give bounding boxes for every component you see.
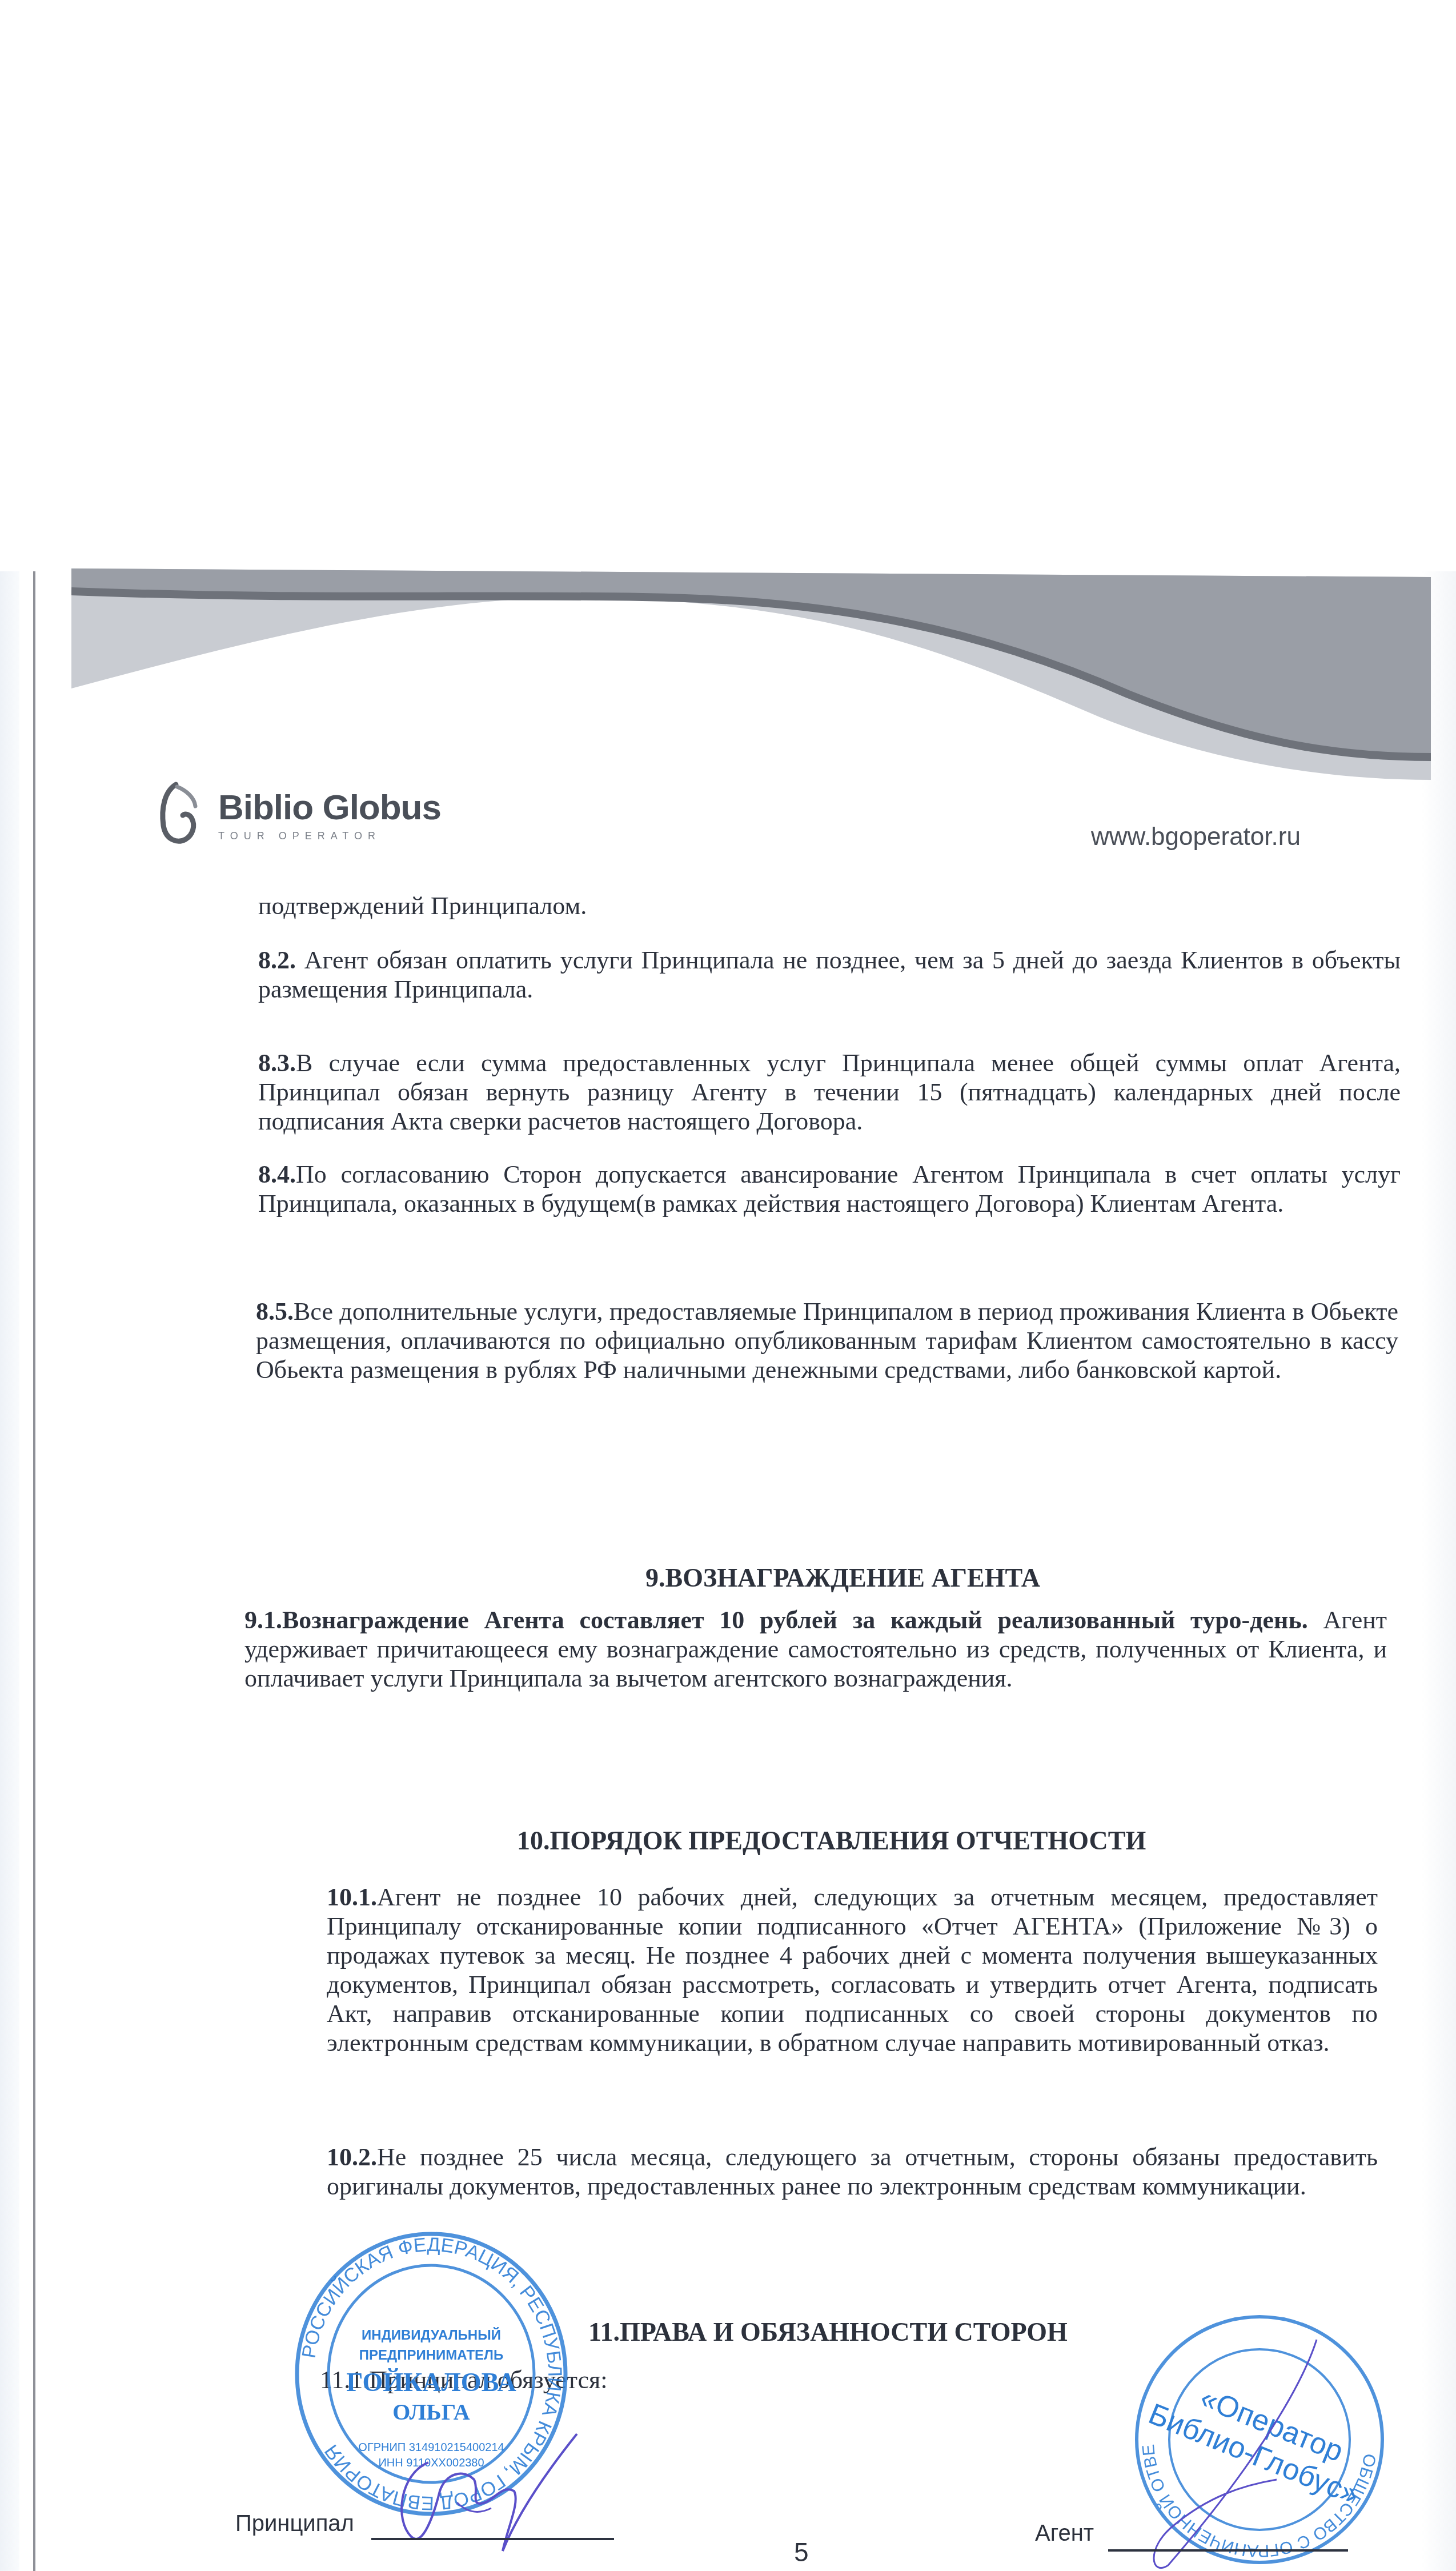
agent-signature-line <box>1108 2549 1348 2552</box>
paragraph-8-3: 8.3.В случае если сумма предоставленных … <box>258 1048 1401 1136</box>
paragraph-text: В случае если сумма предоставленных услу… <box>258 1049 1401 1135</box>
stamp-line: ПРЕДПРИНИМАТЕЛЬ <box>359 2348 503 2363</box>
paragraph-number: 8.2. <box>258 946 296 974</box>
agent-signature-label: Агент <box>1035 2521 1094 2546</box>
paragraph-bold-text: 9.1.Вознаграждение Агента составляет 10 … <box>244 1606 1308 1634</box>
section-10-title: 10.ПОРЯДОК ПРЕДОСТАВЛЕНИЯ ОТЧЕТНОСТИ <box>517 1825 1146 1856</box>
agent-stamp: ОБЩЕСТВО С ОГРАНИЧЕННОЙ ОТВЕТСТВЕННОСТЬЮ… <box>1128 2308 1391 2571</box>
principal-signature-label: Принципал <box>235 2511 354 2537</box>
section-9-title: 9.ВОЗНАГРАЖДЕНИЕ АГЕНТА <box>645 1563 1040 1593</box>
scan-left-shadow <box>0 571 19 2571</box>
paragraph-10-1: 10.1.Агент не позднее 10 рабочих дней, с… <box>327 1883 1378 2057</box>
paragraph-number: 8.4. <box>258 1160 296 1188</box>
scan-right-edge <box>1422 571 1456 2571</box>
section-11-title: 11.ПРАВА И ОБЯЗАННОСТИ СТОРОН <box>588 2317 1068 2347</box>
stamp-name: ОЛЬГА <box>392 2399 470 2425</box>
continuation-text: подтверждений Принципалом. <box>258 891 1401 920</box>
paragraph-number: 8.3. <box>258 1049 296 1077</box>
paragraph-number: 8.5. <box>256 1297 294 1325</box>
website-url: www.bgoperator.ru <box>1091 823 1301 851</box>
stamp-name: ГОЙКАЛОВА <box>346 2368 516 2397</box>
paragraph-text: Все дополнительные услуги, предоставляем… <box>256 1297 1398 1384</box>
paragraph-text: Агент обязан оплатить услуги Принципала … <box>258 946 1401 1003</box>
principal-signature <box>388 2428 583 2554</box>
paragraph-8-2: 8.2. Агент обязан оплатить услуги Принци… <box>258 946 1401 1004</box>
paragraph-number: 10.2. <box>327 2143 377 2171</box>
brand-subtitle: TOUR OPERATOR <box>218 830 441 842</box>
header-wave-banner <box>71 568 1431 797</box>
paragraph-8-4: 8.4.По согласованию Сторон допускается а… <box>258 1160 1401 1218</box>
stamp-line: ИНДИВИДУАЛЬНЫЙ <box>362 2327 501 2343</box>
paragraph-8-5: 8.5.Все дополнительные услуги, предостав… <box>256 1297 1398 1384</box>
page-number: 5 <box>794 2537 809 2568</box>
paragraph-9-1: 9.1.Вознаграждение Агента составляет 10 … <box>244 1605 1387 1693</box>
paragraph-text: По согласованию Сторон допускается аванс… <box>258 1160 1401 1218</box>
paragraph-text: Не позднее 25 числа месяца, следующего з… <box>327 2143 1378 2200</box>
biblio-globus-logo-icon <box>154 780 211 848</box>
paragraph-number: 10.1. <box>327 1883 377 1911</box>
brand-logo: Biblio Globus TOUR OPERATOR <box>154 780 441 848</box>
paragraph-text: Агент не позднее 10 рабочих дней, следую… <box>327 1883 1378 2057</box>
brand-name: Biblio Globus <box>218 790 441 826</box>
principal-signature-line <box>371 2538 614 2540</box>
paragraph-10-2: 10.2.Не позднее 25 числа месяца, следующ… <box>327 2142 1378 2201</box>
scan-left-edge-line <box>33 571 35 2571</box>
